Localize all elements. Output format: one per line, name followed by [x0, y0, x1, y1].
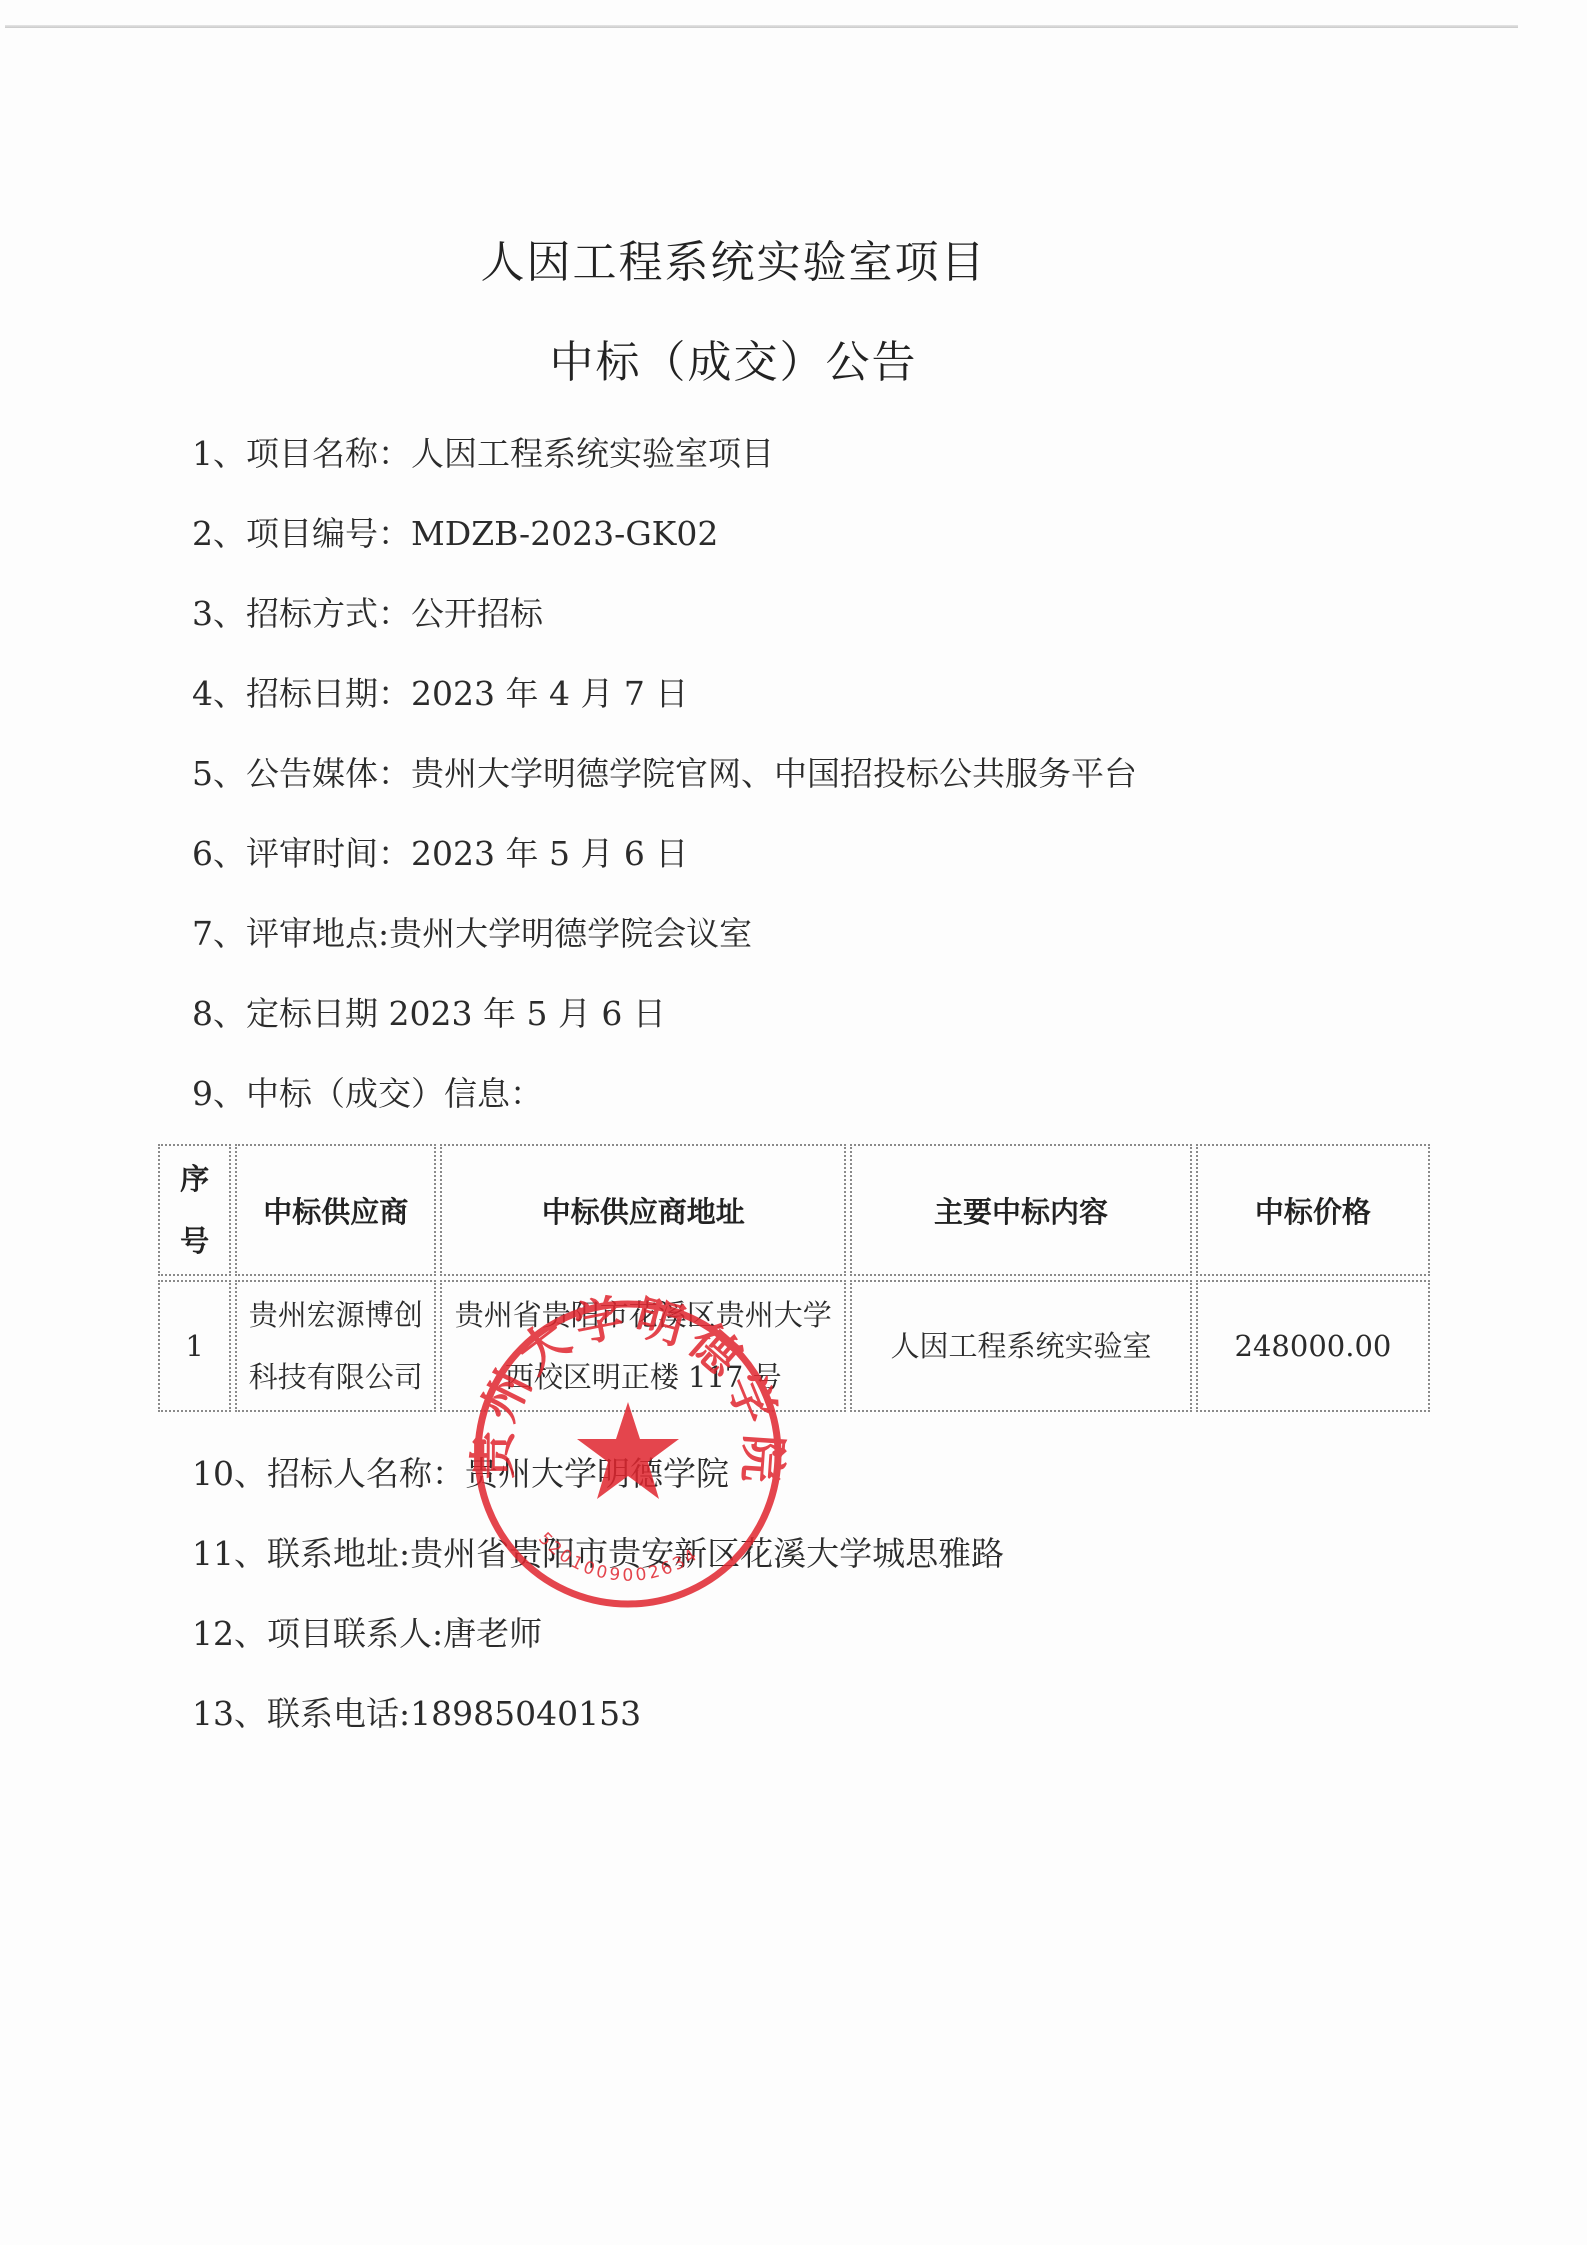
- item-award-date: 8、定标日期 2023 年 5 月 6 日: [192, 988, 666, 1035]
- cell-index: 1: [158, 1280, 231, 1412]
- item-review-time: 6、评审时间：2023 年 5 月 6 日: [192, 828, 688, 875]
- header-content: 主要中标内容: [850, 1144, 1192, 1276]
- item-contact-address: 11、联系地址:贵州省贵阳市贵安新区花溪大学城思雅路: [192, 1528, 1004, 1575]
- award-table: 序号 中标供应商 中标供应商地址 主要中标内容 中标价格 1 贵州宏源博创科技有…: [154, 1140, 1434, 1416]
- header-price: 中标价格: [1196, 1144, 1430, 1276]
- item-bidding-date: 4、招标日期：2023 年 4 月 7 日: [192, 668, 688, 715]
- item-contact-person: 12、项目联系人:唐老师: [192, 1608, 542, 1655]
- item-contact-phone: 13、联系电话:18985040153: [192, 1688, 641, 1735]
- cell-address: 贵州省贵阳市花溪区贵州大学西校区明正楼 117 号: [440, 1280, 846, 1412]
- table-row: 1 贵州宏源博创科技有限公司 贵州省贵阳市花溪区贵州大学西校区明正楼 117 号…: [158, 1280, 1430, 1412]
- item-announcement-media: 5、公告媒体：贵州大学明德学院官网、中国招投标公共服务平台: [192, 748, 1137, 795]
- cell-price: 248000.00: [1196, 1280, 1430, 1412]
- item-tenderer-name: 10、招标人名称：贵州大学明德学院: [192, 1448, 729, 1495]
- document-title: 人因工程系统实验室项目: [0, 226, 1527, 290]
- scan-edge-line: [5, 25, 1518, 28]
- item-award-info-heading: 9、中标（成交）信息：: [192, 1068, 543, 1115]
- header-address: 中标供应商地址: [440, 1144, 846, 1276]
- item-review-location: 7、评审地点:贵州大学明德学院会议室: [192, 908, 752, 955]
- header-index: 序号: [158, 1144, 231, 1276]
- cell-supplier: 贵州宏源博创科技有限公司: [235, 1280, 436, 1412]
- header-supplier: 中标供应商: [235, 1144, 436, 1276]
- item-project-number: 2、项目编号：MDZB-2023-GK02: [192, 508, 718, 555]
- item-project-name: 1、项目名称：人因工程系统实验室项目: [192, 428, 774, 475]
- document-subtitle: 中标（成交）公告: [0, 326, 1527, 390]
- table-header-row: 序号 中标供应商 中标供应商地址 主要中标内容 中标价格: [158, 1144, 1430, 1276]
- item-bidding-method: 3、招标方式：公开招标: [192, 588, 543, 635]
- cell-content: 人因工程系统实验室: [850, 1280, 1192, 1412]
